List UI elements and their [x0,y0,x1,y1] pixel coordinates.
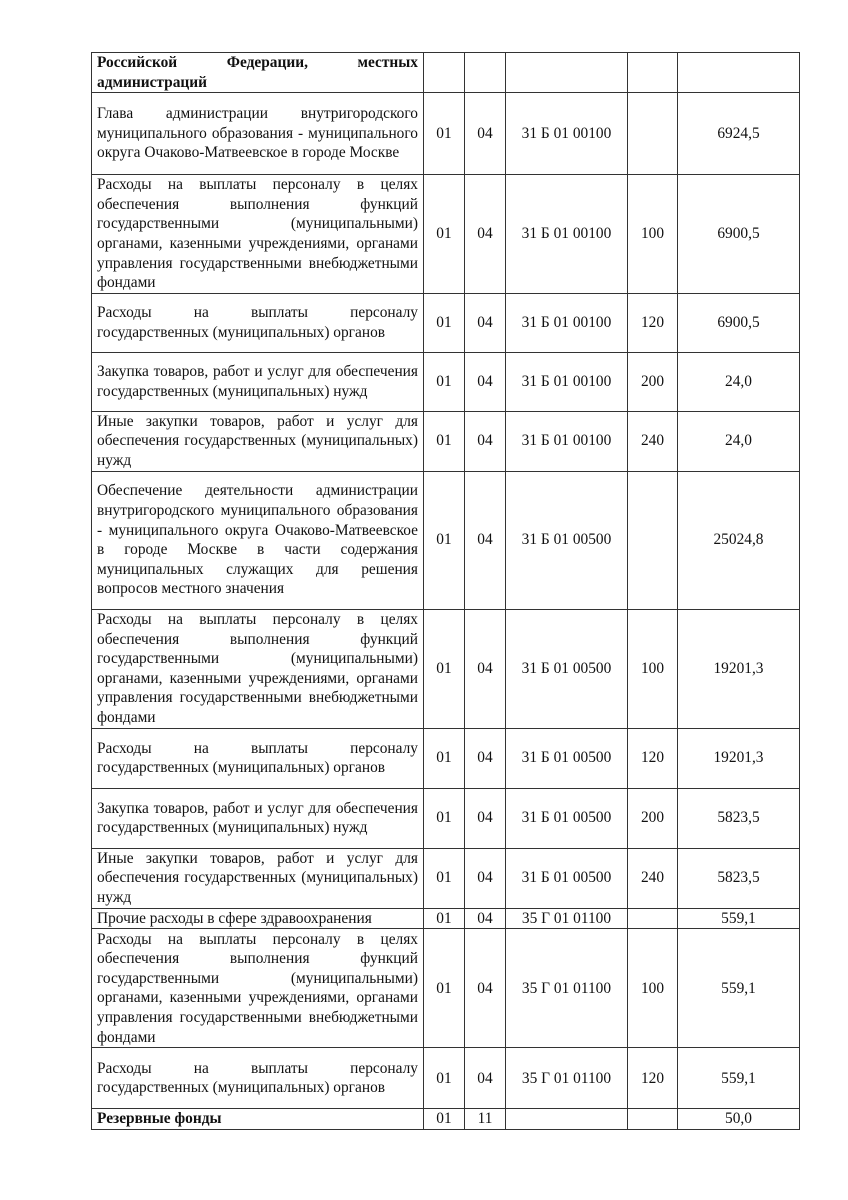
expense-type-cell [628,53,678,93]
expense-name-cell: Иные закупки товаров, работ и услуг для … [92,848,424,908]
table-row: Закупка товаров, работ и услуг для обесп… [92,352,800,411]
target-article-cell: 31 Б 01 00500 [506,471,628,609]
amount-cell: 5823,5 [678,848,800,908]
amount-cell: 5823,5 [678,788,800,848]
table-row: Расходы на выплаты персоналу государстве… [92,728,800,788]
amount-cell: 24,0 [678,352,800,411]
amount-cell: 50,0 [678,1109,800,1130]
amount-cell: 25024,8 [678,471,800,609]
expense-name-cell: Расходы на выплаты персоналу государстве… [92,293,424,352]
section-cell: 01 [424,411,465,471]
expense-name-cell: Расходы на выплаты персоналу в целях обе… [92,609,424,728]
target-article-cell: 31 Б 01 00100 [506,411,628,471]
expense-name-cell: Закупка товаров, работ и услуг для обесп… [92,352,424,411]
section-cell: 01 [424,788,465,848]
expense-name-cell: Обеспечение деятельности администрации в… [92,471,424,609]
table-row: Расходы на выплаты персоналу в целях обе… [92,609,800,728]
amount-cell: 19201,3 [678,609,800,728]
expense-name-cell: Расходы на выплаты персоналу государстве… [92,1048,424,1109]
table-row: Обеспечение деятельности администрации в… [92,471,800,609]
target-article-cell: 31 Б 01 00100 [506,175,628,294]
expense-type-cell: 200 [628,352,678,411]
expense-type-cell: 100 [628,609,678,728]
section-cell: 01 [424,175,465,294]
expense-name-cell: Расходы на выплаты персоналу в целях обе… [92,929,424,1048]
expense-type-cell [628,1109,678,1130]
subsection-cell: 04 [465,609,506,728]
expense-name-cell: Резервные фонды [92,1109,424,1130]
target-article-cell: 31 Б 01 00500 [506,609,628,728]
section-cell: 01 [424,293,465,352]
subsection-cell: 04 [465,293,506,352]
table-row: Расходы на выплаты персоналу в целях обе… [92,175,800,294]
table-row: Прочие расходы в сфере здравоохранения 0… [92,908,800,929]
subsection-cell: 04 [465,411,506,471]
section-cell: 01 [424,352,465,411]
section-cell: 01 [424,908,465,929]
target-article-cell [506,53,628,93]
budget-table: Российской Федерации, местных администра… [91,52,800,1130]
expense-type-cell: 120 [628,293,678,352]
target-article-cell: 31 Б 01 00500 [506,848,628,908]
amount-cell: 559,1 [678,1048,800,1109]
expense-name-cell: Иные закупки товаров, работ и услуг для … [92,411,424,471]
target-article-cell: 31 Б 01 00500 [506,788,628,848]
subsection-cell: 04 [465,471,506,609]
section-cell: 01 [424,93,465,175]
expense-type-cell: 120 [628,1048,678,1109]
amount-cell: 559,1 [678,908,800,929]
table-row: Российской Федерации, местных администра… [92,53,800,93]
subsection-cell: 04 [465,1048,506,1109]
target-article-cell: 31 Б 01 00100 [506,293,628,352]
amount-cell: 6900,5 [678,175,800,294]
subsection-cell: 11 [465,1109,506,1130]
target-article-cell: 35 Г 01 01100 [506,1048,628,1109]
amount-cell [678,53,800,93]
subsection-cell: 04 [465,728,506,788]
table-row: Расходы на выплаты персоналу государстве… [92,293,800,352]
table-row: Резервные фонды 01 11 50,0 [92,1109,800,1130]
amount-cell: 6924,5 [678,93,800,175]
expense-type-cell [628,908,678,929]
amount-cell: 559,1 [678,929,800,1048]
section-cell: 01 [424,728,465,788]
table-row: Расходы на выплаты персоналу в целях обе… [92,929,800,1048]
target-article-cell: 31 Б 01 00500 [506,728,628,788]
target-article-cell: 31 Б 01 00100 [506,93,628,175]
subsection-cell: 04 [465,929,506,1048]
subsection-cell: 04 [465,175,506,294]
expense-name-cell: Российской Федерации, местных администра… [92,53,424,93]
section-cell: 01 [424,1109,465,1130]
expense-type-cell: 100 [628,929,678,1048]
subsection-cell: 04 [465,93,506,175]
table-row: Расходы на выплаты персоналу государстве… [92,1048,800,1109]
section-cell: 01 [424,848,465,908]
expense-name-cell: Расходы на выплаты персоналу государстве… [92,728,424,788]
target-article-cell: 35 Г 01 01100 [506,929,628,1048]
subsection-cell: 04 [465,908,506,929]
expense-type-cell: 120 [628,728,678,788]
expense-type-cell: 200 [628,788,678,848]
expense-type-cell: 100 [628,175,678,294]
amount-cell: 19201,3 [678,728,800,788]
section-cell [424,53,465,93]
expense-type-cell [628,471,678,609]
target-article-cell: 31 Б 01 00100 [506,352,628,411]
expense-type-cell [628,93,678,175]
target-article-cell: 35 Г 01 01100 [506,908,628,929]
section-cell: 01 [424,929,465,1048]
expense-name-cell: Глава администрации внутригородского мун… [92,93,424,175]
amount-cell: 24,0 [678,411,800,471]
subsection-cell: 04 [465,788,506,848]
section-cell: 01 [424,609,465,728]
expense-name-cell: Расходы на выплаты персоналу в целях обе… [92,175,424,294]
subsection-cell: 04 [465,352,506,411]
target-article-cell [506,1109,628,1130]
budget-table-body: Российской Федерации, местных администра… [92,53,800,1130]
amount-cell: 6900,5 [678,293,800,352]
table-row: Глава администрации внутригородского мун… [92,93,800,175]
table-row: Иные закупки товаров, работ и услуг для … [92,411,800,471]
section-cell: 01 [424,1048,465,1109]
section-cell: 01 [424,471,465,609]
expense-type-cell: 240 [628,411,678,471]
subsection-cell: 04 [465,848,506,908]
table-row: Иные закупки товаров, работ и услуг для … [92,848,800,908]
subsection-cell [465,53,506,93]
expense-type-cell: 240 [628,848,678,908]
expense-name-cell: Закупка товаров, работ и услуг для обесп… [92,788,424,848]
table-row: Закупка товаров, работ и услуг для обесп… [92,788,800,848]
expense-name-cell: Прочие расходы в сфере здравоохранения [92,908,424,929]
